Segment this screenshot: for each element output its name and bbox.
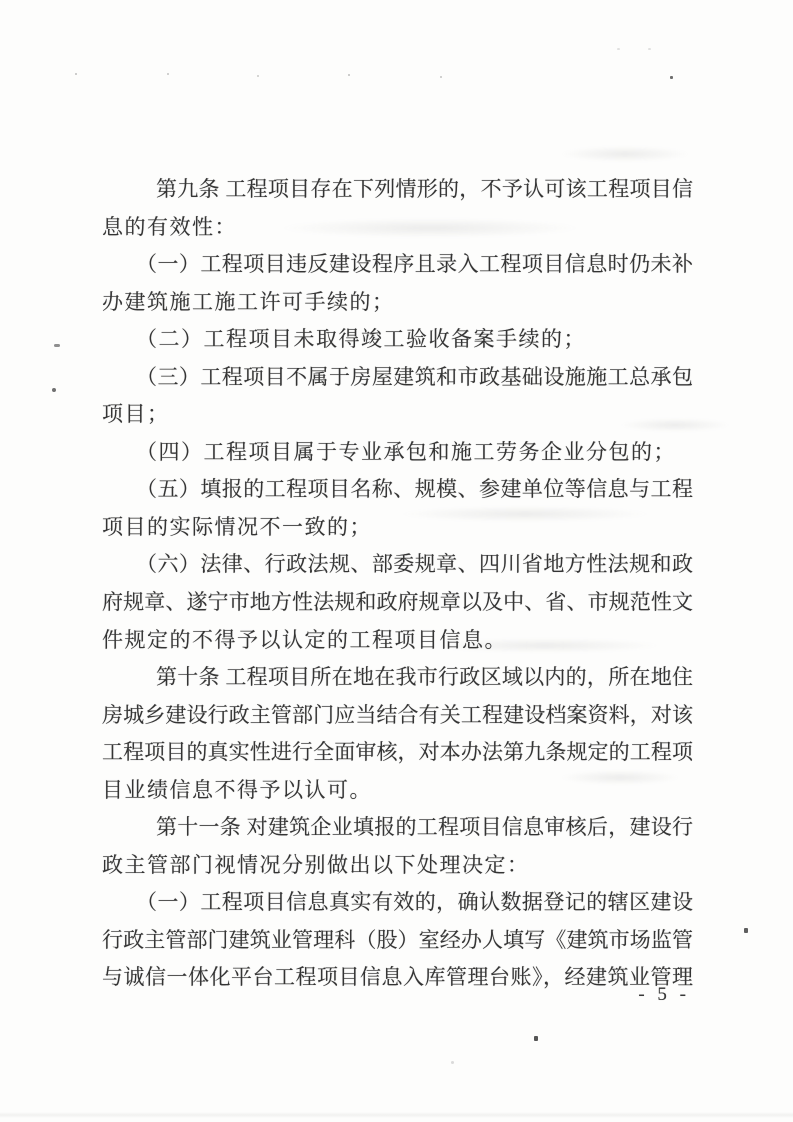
- scan-speck: [257, 75, 259, 77]
- scan-speck: [52, 388, 56, 392]
- scan-speck: [440, 76, 442, 78]
- scan-speck: [534, 1036, 538, 1041]
- scan-speck: [451, 1061, 454, 1064]
- text-line: （五）填报的工程项目名称、规模、参建单位等信息与工程: [102, 471, 693, 509]
- text-line: 房城乡建设行政主管部门应当结合有关工程建设档案资料，对该: [102, 697, 693, 735]
- scan-speck: [670, 76, 673, 79]
- scan-speck: [648, 48, 651, 50]
- page-number: - 5 -: [638, 982, 690, 1008]
- scan-streak: [0, 1112, 793, 1118]
- text-line: 第九条 工程项目存在下列情形的，不予认可该工程项目信: [102, 171, 693, 209]
- text-line: （二）工程项目未取得竣工验收备案手续的；: [102, 321, 693, 359]
- text-line: 项目；: [102, 396, 693, 434]
- text-line: 第十条 工程项目所在地在我市行政区域以内的，所在地住: [102, 659, 693, 697]
- text-line: （四）工程项目属于专业承包和施工劳务企业分包的；: [102, 434, 693, 472]
- scan-smudge: [430, 638, 660, 653]
- document-body: 第九条 工程项目存在下列情形的，不予认可该工程项目信 息的有效性： （一）工程项…: [102, 171, 693, 997]
- text-line: 行政主管部门建筑业管理科（股）室经办人填写《建筑市场监管: [102, 922, 693, 960]
- scan-speck: [54, 344, 60, 347]
- scan-smudge: [400, 506, 650, 522]
- scan-smudge: [280, 218, 580, 238]
- text-line: （一）工程项目违反建设程序且录入工程项目信息时仍未补: [102, 246, 693, 284]
- document-page: 第九条 工程项目存在下列情形的，不予认可该工程项目信 息的有效性： （一）工程项…: [0, 0, 793, 1122]
- scan-speck: [744, 928, 748, 933]
- text-line: （一）工程项目信息真实有效的，确认数据登记的辖区建设: [102, 884, 693, 922]
- text-line: 工程项目的真实性进行全面审核，对本办法第九条规定的工程项: [102, 734, 693, 772]
- text-line: （六）法律、行政法规、部委规章、四川省地方性法规和政: [102, 546, 693, 584]
- scan-speck: [617, 48, 620, 50]
- scan-speck: [167, 73, 169, 75]
- text-line: （三）工程项目不属于房屋建筑和市政基础设施施工总承包: [102, 359, 693, 397]
- scan-speck: [75, 73, 77, 75]
- text-line: 府规章、遂宁市地方性法规和政府规章以及中、省、市规范性文: [102, 584, 693, 622]
- scan-smudge: [620, 418, 730, 432]
- scan-speck: [348, 74, 350, 76]
- scan-smudge: [560, 146, 690, 162]
- text-line: 第十一条 对建筑企业填报的工程项目信息审核后，建设行: [102, 809, 693, 847]
- scan-smudge: [560, 770, 680, 785]
- text-line: 与诚信一体化平台工程项目信息入库管理台账》，经建筑业管理: [102, 959, 693, 997]
- text-line: 政主管部门视情况分别做出以下处理决定：: [102, 847, 693, 885]
- text-line: 办建筑施工施工许可手续的；: [102, 284, 693, 322]
